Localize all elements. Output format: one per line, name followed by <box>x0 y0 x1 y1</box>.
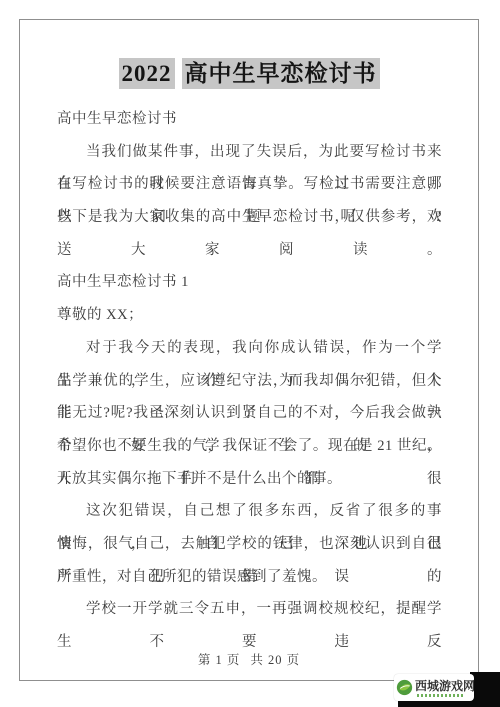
watermark: 西城游戏网 <box>394 674 474 701</box>
title-text-highlight: 高中生早恋检讨书 <box>182 58 380 89</box>
text-line: 尊敬的 XX； <box>57 299 442 332</box>
text-line: 能无过?呢?我已深刻认识到了自己的不对，今后我会做一个好学生的。 <box>57 397 442 430</box>
document-page: 2022高中生早恋检讨书 高中生早恋检讨书当我们做某件事，出现了失误后，为此要写… <box>19 19 479 681</box>
text-line: 在写检讨书的时候要注意语言真挚。写检讨书需要注意哪些问题呢? <box>57 168 442 201</box>
page-total-label: 共 20 页 <box>250 653 300 667</box>
text-line: 以下是我为大家收集的高中生早恋检讨书，仅供参考，欢送大家阅读。 <box>57 201 442 234</box>
text-line: 学校一开学就三令五申，一再强调校规校纪，提醒学生不要违反 <box>57 593 442 626</box>
text-line: 对于我今天的表现，我向你成认错误，作为一个学生，作为一个 <box>57 332 442 365</box>
text-line: 这次犯错误，自己想了很多东西，反省了很多的事情，自己也很 <box>57 495 442 528</box>
title-year-highlight: 2022 <box>119 58 175 89</box>
page-number-label: 第 1 页 <box>198 653 241 667</box>
text-line: 品学兼优的学生，应该遵纪守法，而我却偶尔犯错，但人非圣贤，孰 <box>57 365 442 398</box>
watermark-tagline-line <box>417 694 465 697</box>
text-line: 高中生早恋检讨书 1 <box>57 266 442 299</box>
text-line: 高中生早恋检讨书 <box>57 103 442 136</box>
page-footer: 第 1 页共 20 页 <box>20 650 478 668</box>
text-line: 懊悔，很气自己，去触犯学校的铁律，也深刻认识到自己所犯错误的 <box>57 528 442 561</box>
watermark-site-name: 西城游戏网 <box>415 680 475 692</box>
watermark-logo-icon <box>396 679 413 696</box>
document-title: 2022高中生早恋检讨书 <box>20 55 478 88</box>
text-line: 希望你也不要生我的气，我保证不会了。现在是 21 世纪，人们都很 <box>57 430 442 463</box>
document-body: 高中生早恋检讨书当我们做某件事，出现了失误后，为此要写检讨书来自我悔过，在写检讨… <box>57 103 442 626</box>
text-line: 当我们做某件事，出现了失误后，为此要写检讨书来自我悔过， <box>57 136 442 169</box>
